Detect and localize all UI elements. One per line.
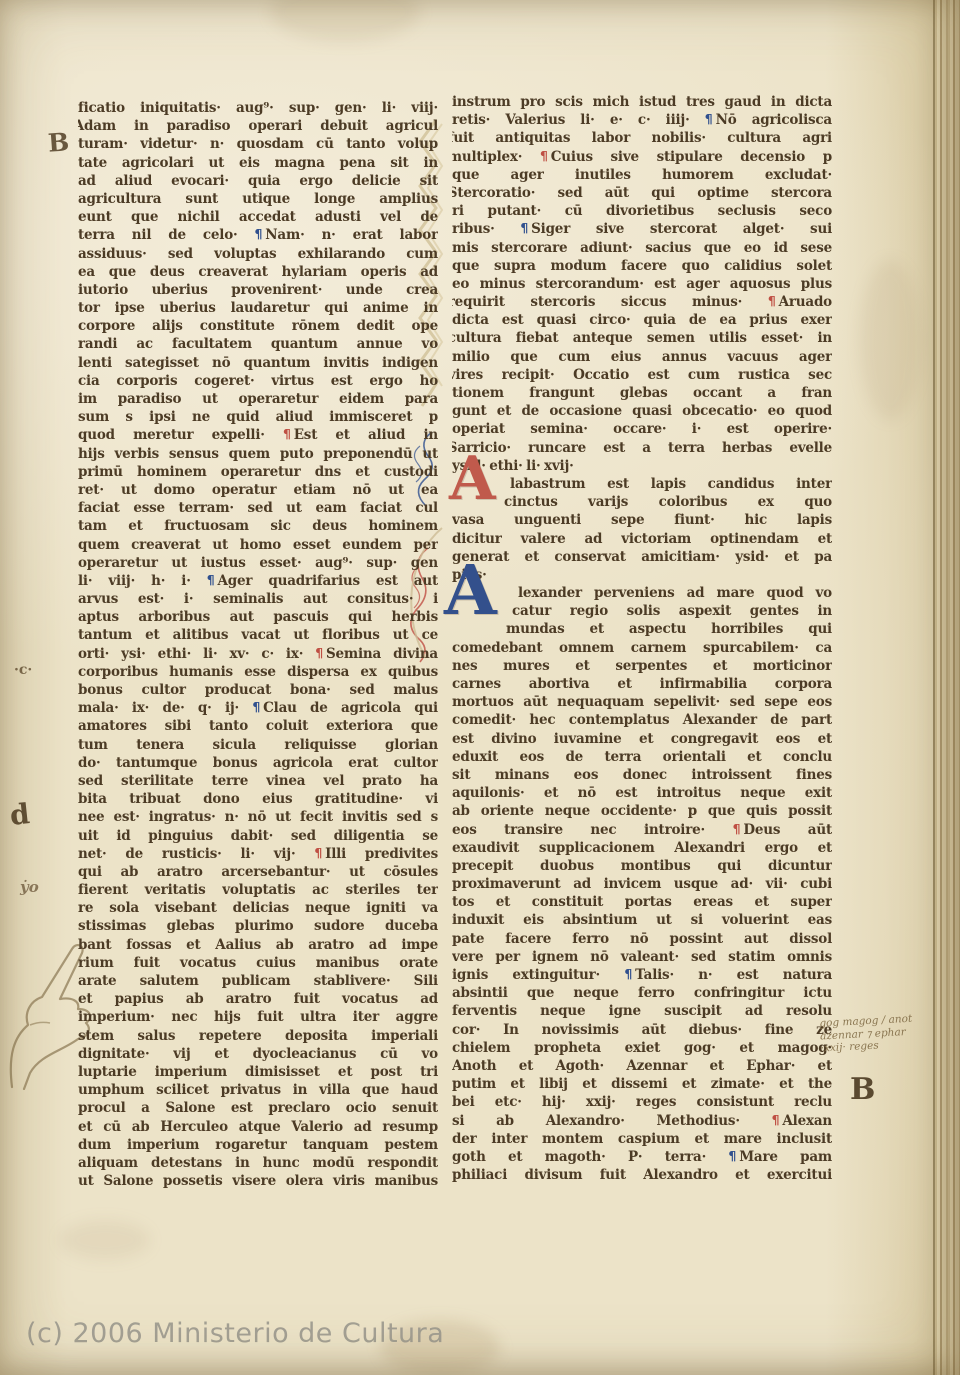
manuscript-line: ea que deus creaverat hylariam operis ad [78, 263, 438, 281]
manuscript-line: mis stercorare adiunt· sacius que eo id … [452, 239, 832, 257]
manuscript-line: sed sterilitate terre vinea vel prato ha [78, 772, 438, 790]
manuscript-line: cia corporis cogeret· virtus est ergo ho [78, 372, 438, 390]
paraph-mark: ¶ [314, 845, 325, 862]
manuscript-line: assiduus· sed voluptas exhilarando cum [78, 245, 438, 263]
manuscript-line: ut Salone possetis visere olera viris ma… [78, 1172, 438, 1190]
margin-letter-d: d [8, 797, 31, 832]
manuscript-line: tor ipse uberius laudaretur qui anime in [78, 299, 438, 317]
manuscript-line: proximaverunt ad invicem usque ad· vii· … [452, 875, 832, 893]
manuscript-line: bonus cultor producat bona· sed malus [78, 681, 438, 699]
manuscript-line: eo minus stercorandum· est ager aquosus … [452, 275, 832, 293]
manuscript-line: carnes abortiva et infirmabilia corpora [452, 675, 832, 693]
manuscript-line: ferventis neque igne suscipit ad resolu [452, 1002, 832, 1020]
manuscript-line: ab oriente neque occidente· p que quis p… [452, 802, 832, 820]
manuscript-line: dum imperium rogaretur tanquam pestem [78, 1136, 438, 1154]
manuscript-line: orti· ysi· ethi· li· xv· c· ix· ¶Semina … [78, 645, 438, 663]
manuscript-line: arate salutem publicam stablivere· Sili [78, 972, 438, 990]
manuscript-line: retis· Valerius li· e· c· iiij· ¶Nō agri… [452, 111, 832, 129]
paraph-mark: ¶ [768, 293, 779, 310]
manuscript-line: generat et conservat amicitiam· ysid· et… [452, 548, 832, 566]
manuscript-line: do· tantumque bonus agricola erat cultor [78, 754, 438, 772]
manuscript-line: dicta est quasi circo· quia de ea prius … [452, 311, 832, 329]
manuscript-line: fierent veritatis voluptatis ac steriles… [78, 881, 438, 899]
manuscript-line: si ab Alexandro· Methodius· ¶Alexan [452, 1112, 832, 1130]
manuscript-line: nes mures et serpentes et morticinor [452, 657, 832, 675]
manuscript-line: exaudivit supplicacionem Alexandri ergo … [452, 839, 832, 857]
manuscript-line: aquilonis· et nō est introitus neque exi… [452, 784, 832, 802]
manuscript-line: labastrum est lapis candidus inter [452, 475, 832, 493]
manuscript-line: net· de rusticis· li· vij· ¶Illi predivi… [78, 845, 438, 863]
manuscript-line: ¶multiplex· ¶Cuius sive stipulare decens… [452, 148, 832, 166]
manuscript-line: arvus est· i· seminalis aut consitus· i [78, 590, 438, 608]
manuscript-line: catur regio solis aspexit gentes in [452, 602, 832, 620]
right-text-column: instrum pro scis mich istud tres gaud in… [452, 93, 832, 1184]
manuscript-line: procul a Salone est preclaro ocio senuit [78, 1099, 438, 1117]
manuscript-line: ¶vires recipit· Occatio est cum rustica … [452, 366, 832, 384]
manuscript-line: lexander perveniens ad mare quod vo [452, 584, 832, 602]
manuscript-line: cor· In novissimis aūt diebus· fine ze [452, 1021, 832, 1039]
manuscript-line: operiat semina· occare· i· est operire· [452, 420, 832, 438]
paraph-mark: ¶ [728, 1148, 739, 1165]
manuscript-line: philiaci divisum fuit Alexandro et exerc… [452, 1166, 832, 1184]
manuscript-line: ¶fuit antiquitas labor nobilis· cultura … [452, 129, 832, 147]
manuscript-page: ficatio iniquitatis· aug⁹· sup· gen· li·… [0, 0, 960, 1375]
margin-letter-yo: ẏo [20, 878, 39, 896]
paraph-mark: ¶ [733, 821, 744, 838]
paraph-mark: ¶ [252, 699, 263, 716]
paraph-mark: ¶ [772, 1112, 783, 1129]
manuscript-line: que supra modum facere quo calidius sole… [452, 257, 832, 275]
manuscript-line: amatores sibi tanto coluit exteriora que [78, 717, 438, 735]
manuscript-line: tos et constituit portas ereas et super [452, 893, 832, 911]
margin-letter-b: B [47, 127, 70, 157]
parchment-stain [60, 1220, 150, 1260]
manuscript-line: nee est· ingratus· n· nō ut fecit inviti… [78, 808, 438, 826]
manuscript-line: chielem propheta exiet gog· et magog· [452, 1039, 832, 1057]
paraph-mark: ¶ [705, 111, 716, 128]
manuscript-line: li· viij· h· i· ¶Ager quadrifarius est a… [78, 572, 438, 590]
manuscript-line: et papius ab aratro fuit vocatus ad [78, 990, 438, 1008]
manuscript-line: terra nil de celo· ¶Nam· n· erat labor [78, 226, 438, 244]
paraph-mark: ¶ [283, 426, 294, 443]
manuscript-line: luptarie imperium dimisisset et post tri [78, 1063, 438, 1081]
paraph-mark: ¶ [540, 148, 551, 165]
manuscript-line: ad aliud evocari· quia ergo delicie sit [78, 172, 438, 190]
manuscript-line: qui ab aratro arcersebantur· ut cōsules [78, 863, 438, 881]
manuscript-line: et cū ab Herculeo atque Valerio ad resum… [78, 1118, 438, 1136]
manuscript-line: rium fuit vocatus cuius manibus orate [78, 954, 438, 972]
paraph-mark: ¶ [207, 572, 218, 589]
manuscript-line: bei etc· hij· xxij· reges consistunt rec… [452, 1093, 832, 1111]
manuscript-line: randi ac facultatem quantum annue vo [78, 335, 438, 353]
paraph-mark: ¶ [255, 226, 266, 243]
manuscript-line: faciat esse terram· sed ut eam faciat cu… [78, 499, 438, 517]
manuscript-line: quem creaverat ut homo esset eundem per [78, 536, 438, 554]
manuscript-line: ri putant· cū divorietibus seclusis seco [452, 202, 832, 220]
margin-note-gog-magog: gog magog / anot azennar ⁊ ephar ·xxij· … [819, 1010, 957, 1055]
manuscript-line: eos transire nec introire· ¶Deus aūt [452, 821, 832, 839]
manuscript-line: putim et libij et dissemi et zimate· et … [452, 1075, 832, 1093]
book-fore-edge [933, 0, 960, 1375]
manuscript-line: pias· [452, 566, 832, 584]
copyright-watermark: (c) 2006 Ministerio de Cultura [26, 1318, 444, 1349]
manuscript-line: tate agricolari ut eis magna pena sit in [78, 154, 438, 172]
manuscript-line: instrum pro scis mich istud tres gaud in… [452, 93, 832, 111]
manuscript-line: gunt et de occasione quasi obcecatio· eo… [452, 402, 832, 420]
manuscript-line: dicitur valere ad victoriam optinendam e… [452, 530, 832, 548]
parchment-stain [860, 260, 920, 420]
manuscript-line: Anoth et Agoth· Azennar et Ephar· et [452, 1057, 832, 1075]
manuscript-line: hijs verbis sensus quem puto preponendū … [78, 445, 438, 463]
manuscript-line: tantum et alitibus vacat ut floribus ut … [78, 626, 438, 644]
paraph-mark: ¶ [520, 220, 531, 237]
manuscript-line: ribus· ¶Siger sive stercorat alget· sui [452, 220, 832, 238]
manuscript-line: goth et magoth· P· terra· ¶Mare pam [452, 1148, 832, 1166]
manuscript-line: que ager inutiles humorem excludat· [452, 166, 832, 184]
manuscript-line: ¶Adam in paradiso operari debuit agricul [78, 117, 438, 135]
parchment-stain [270, 0, 420, 42]
manuscript-line: bita tribuat dono eius gratitudine· vi [78, 790, 438, 808]
manuscript-line: iutorio uberius provenirent· unde crea [78, 281, 438, 299]
manuscript-line: stissimas glebas plurimo sudore duceba [78, 917, 438, 935]
manuscript-line: ¶requirit stercoris siccus minus· ¶Aruad… [452, 293, 832, 311]
manuscript-line: agricultura sunt utique longe amplius [78, 190, 438, 208]
manuscript-line: precepit duobus montibus qui dicuntur [452, 857, 832, 875]
initial-A-alabastrum: A [449, 449, 496, 509]
manuscript-line: ignis extinguitur· ¶Talis· n· est natura [452, 966, 832, 984]
initial-A-alexander: A [444, 557, 497, 625]
manuscript-line: aliquam detestans in hunc modū respondit [78, 1154, 438, 1172]
manuscript-line: comedebant omnem carnem spurcabilem· ca [452, 639, 832, 657]
manuscript-line: vere per ignem nō valeant· sed statim om… [452, 948, 832, 966]
manuscript-line: uit id pinguius dabit· sed diligentia se [78, 827, 438, 845]
manuscript-line: sum s ipsi ne quid aliud immisceret p [78, 408, 438, 426]
manuscript-line: ¶cultura fiebat anteque semen utilis ess… [452, 329, 832, 347]
manuscript-line: tionem frangunt glebas occant a fran [452, 384, 832, 402]
manuscript-line: primū hominem operaretur dns et custodi [78, 463, 438, 481]
manuscript-line: re sola visebant delicias neque igniti v… [78, 899, 438, 917]
manuscript-line: dignitate· vij et dyocleacianus cū vo [78, 1045, 438, 1063]
manuscript-line: eduxit eos de terra orientali et conclu [452, 748, 832, 766]
manuscript-line: est divino iuvamine et congregavit eos e… [452, 730, 832, 748]
manuscript-line: absintii que neque ferro confringitur ic… [452, 984, 832, 1002]
manuscript-line: mundas et aspectu horribiles qui [452, 620, 832, 638]
manuscript-line: induxit eis absintium ut si voluerint ea… [452, 911, 832, 929]
manuscript-line: turam· videtur· n· quosdam cū tanto volu… [78, 135, 438, 153]
manuscript-line: imperium· nec hijs fuit ultra iter aggre [78, 1008, 438, 1026]
manuscript-line: cinctus varijs coloribus ex quo [452, 493, 832, 511]
manuscript-line: tam et fructuosam sic deus hominem [78, 517, 438, 535]
manuscript-line: mortuos aūt nequaquam sepelivit· sed sep… [452, 693, 832, 711]
paraph-mark: ¶ [315, 645, 326, 662]
manuscript-line: der inter montem caspium et mare inclusi… [452, 1130, 832, 1148]
manuscript-line: vasa unguenti sepe fiunt· hic lapis [452, 511, 832, 529]
manuscript-line: ficatio iniquitatis· aug⁹· sup· gen· li·… [78, 99, 438, 117]
manuscript-line: pate facere ferro nō possint aut dissol [452, 930, 832, 948]
manuscript-line: milio que cum eius annus vacuus ager [452, 348, 832, 366]
manuscript-line: mala· ix· de· q· ij· ¶Clau de agricola q… [78, 699, 438, 717]
manuscript-line: eunt que nichil accedat adusti vel de [78, 208, 438, 226]
manuscript-line: operaretur ut iustus esset· aug⁹· sup· g… [78, 554, 438, 572]
margin-letter-b-right: B [850, 1072, 875, 1107]
paraph-mark: ¶ [624, 966, 635, 983]
manuscript-line: aptus arboribus aut pascuis qui herbis [78, 608, 438, 626]
manuscript-line: umphum scilicet privatus in villa que ha… [78, 1081, 438, 1099]
manuscript-line: bant fossas et Aalius ab aratro ad impe [78, 936, 438, 954]
manuscript-line: corporibus humanis esse dispersa ex quib… [78, 663, 438, 681]
manuscript-line: comedit· hec contemplatus Alexander de p… [452, 711, 832, 729]
manuscript-line: ¶Stercoratio· sed aūt qui optime stercor… [452, 184, 832, 202]
manuscript-line: im paradiso ut operaretur eidem para [78, 390, 438, 408]
margin-letter-c: ·c· [14, 662, 32, 678]
manuscript-line: ysid· ethi· li· xvij· [452, 457, 832, 475]
manuscript-line: stem salus repetere deposita imperiali [78, 1027, 438, 1045]
manuscript-line: lenti sategisset nō quantum invitis indi… [78, 354, 438, 372]
manuscript-line: ret· ut domo operatur etiam nō ut ea [78, 481, 438, 499]
manuscript-line: corpore alijs constitute rōnem dedit ope [78, 317, 438, 335]
manuscript-line: quod meretur expelli· ¶Est et aliud in [78, 426, 438, 444]
manuscript-line: ¶Sarricio· runcare est a terra herbas ev… [452, 439, 832, 457]
left-text-column: ficatio iniquitatis· aug⁹· sup· gen· li·… [78, 99, 438, 1190]
manuscript-line: sit minans eos donec introissent fines [452, 766, 832, 784]
manuscript-line: tum tenera sicula reliquisse glorian [78, 736, 438, 754]
